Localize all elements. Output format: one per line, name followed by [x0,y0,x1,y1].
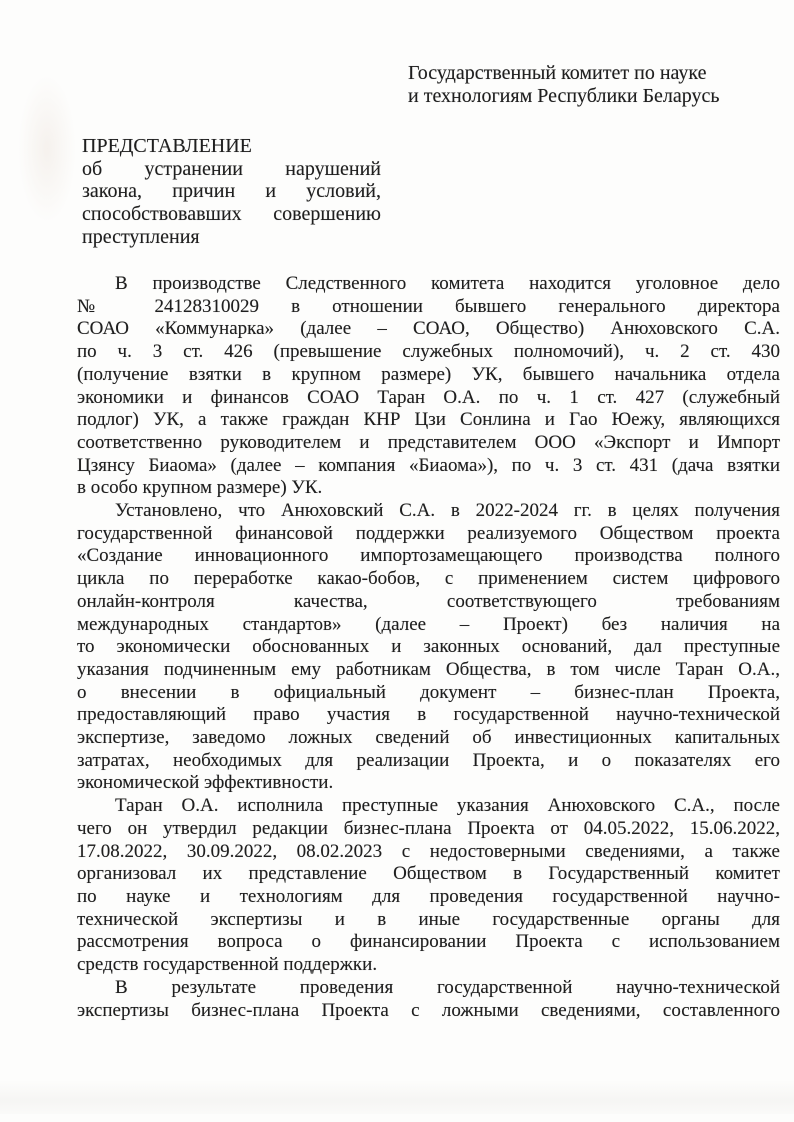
body-text-line: «Создание инновационного импортозамещающ… [77,545,780,568]
document-subtitle-line: способствовавших совершению [82,203,381,226]
body-text-line: экспертизы бизнес-плана Проекта с ложным… [77,1000,780,1023]
document-subtitle-line: закона, причин и условий, [82,180,381,203]
body-text-line: международных стандартов» (далее – Проек… [77,614,780,637]
body-text-line: подлог) УК, а также граждан КНР Цзи Сонл… [77,409,780,432]
paragraph: В производстве Следственного комитета на… [77,273,780,500]
body-text-line: В производстве Следственного комитета на… [77,273,780,296]
body-text-line: государственной финансовой поддержки реа… [77,523,780,546]
document-subtitle-line: об устранении нарушений [82,158,381,181]
scan-smudge [18,75,76,223]
document-subtitle-line: преступления [82,226,381,249]
body-text-line: по ч. 3 ст. 426 (превышение служебных по… [77,341,780,364]
body-text-line: технической экспертизы и в иные государс… [77,909,780,932]
body-text-line: цикла по переработке какао-бобов, с прим… [77,568,780,591]
body-text-line: по науке и технологиям для проведения го… [77,886,780,909]
body-text-line: в особо крупном размере) УК. [77,477,780,500]
body-text-line: В результате проведения государственной … [77,977,780,1000]
body-text-line: указания подчиненным ему работникам Обще… [77,659,780,682]
body-text-line: (получение взятки в крупном размере) УК,… [77,364,780,387]
body-text-line: Таран О.А. исполнила преступные указания… [77,795,780,818]
body-text-line: Цзянсу Биаома» (далее – компания «Биаома… [77,455,780,478]
org-name-line-2: и технологиям Республики Беларусь [408,85,748,108]
body-text-line: Установлено, что Анюховский С.А. в 2022-… [77,500,780,523]
org-header: Государственный комитет по науке и техно… [408,62,748,107]
paragraph: В результате проведения государственной … [77,977,780,1022]
body-text-line: 17.08.2022, 30.09.2022, 08.02.2023 с нед… [77,841,780,864]
body-text-line: предоставляющий право участия в государс… [77,704,780,727]
body-text-line: то экономически обоснованных и законных … [77,636,780,659]
body-text-line: онлайн-контроля качества, соответствующе… [77,591,780,614]
body-text-line: затратах, необходимых для реализации Про… [77,750,780,773]
document-title-block: ПРЕДСТАВЛЕНИЕ об устранении нарушений за… [82,135,381,249]
body-text-line: № 24128310029 в отношении бывшего генера… [77,296,780,319]
body-text-line: чего он утвердил редакции бизнес-плана П… [77,818,780,841]
document-body: В производстве Следственного комитета на… [77,273,780,1022]
body-text-line: средств государственной поддержки. [77,954,780,977]
body-text-line: организовал их представление Обществом в… [77,863,780,886]
org-name-line-1: Государственный комитет по науке [408,62,748,85]
scan-artifact-band [0,1080,794,1114]
paragraph: Таран О.А. исполнила преступные указания… [77,795,780,977]
body-text-line: о внесении в официальный документ – бизн… [77,682,780,705]
body-text-line: экономики и финансов СОАО Таран О.А. по … [77,387,780,410]
document-page: Государственный комитет по науке и техно… [0,0,794,1122]
document-title: ПРЕДСТАВЛЕНИЕ [82,135,381,158]
body-text-line: экспертизе, заведомо ложных сведений об … [77,727,780,750]
body-text-line: экономической эффективности. [77,772,780,795]
paragraph: Установлено, что Анюховский С.А. в 2022-… [77,500,780,795]
body-text-line: рассмотрения вопроса о финансировании Пр… [77,931,780,954]
body-text-line: СОАО «Коммунарка» (далее – СОАО, Обществ… [77,318,780,341]
body-text-line: соответственно руководителем и представи… [77,432,780,455]
